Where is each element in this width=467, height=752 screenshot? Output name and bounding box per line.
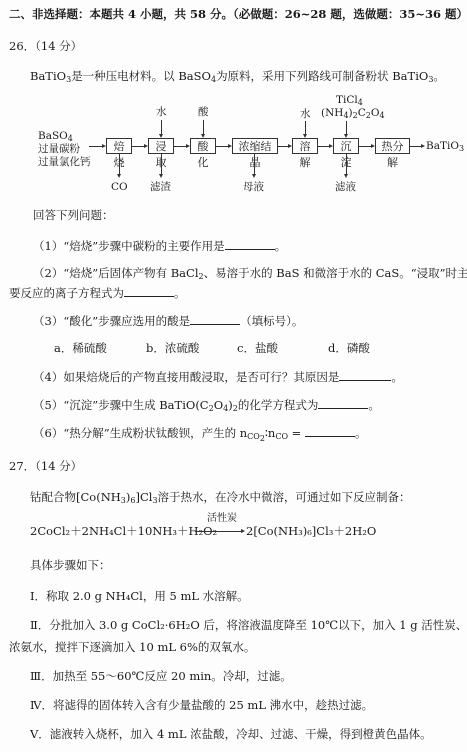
option-c[interactable]: c．盐酸: [237, 341, 278, 355]
answer-blank-4[interactable]: [339, 369, 391, 381]
step-leach: 浸取: [148, 138, 174, 154]
output-co: CO: [111, 181, 128, 193]
q26-sub5: （5）“沉淀”步骤中生成 BaTiO(C2O4)2的化学方程式为。: [33, 397, 380, 412]
q26-sub4: （4）如果焙烧后的产物直接用酸浸取，是否可行？其原因是。: [33, 369, 403, 384]
equation-lhs: 2CoCl₂＋2NH₄Cl＋10NH₃＋H₂O₂: [30, 524, 217, 538]
answer-blank-6[interactable]: [305, 425, 355, 437]
catalyst-label: 活性炭: [207, 513, 237, 525]
step-2-line2: 浓氨水，搅拌下逐滴加入 10 mL 6%的双氧水。: [9, 640, 255, 654]
q26-sub2-line1: （2）“焙烧”后固体产物有 BaCl2、易溶于水的 BaS 和微溶于水的 CaS…: [33, 266, 467, 280]
step-2-line1: Ⅱ．分批加入 3.0 g CoCl₂·6H₂O 后，将溶液温度降至 10℃以下，…: [30, 618, 467, 632]
output-mother-liquor: 母液: [243, 181, 264, 193]
section-header: 二、非选择题：本题共 4 小题，共 58 分。（必做题：26~28 题，选做题：…: [9, 7, 467, 21]
product-batio3: BaTiO3: [426, 140, 464, 152]
q26-sub1: （1）“焙烧”步骤中碳粉的主要作用是。: [33, 238, 286, 253]
input-water-dissolve: 水: [300, 108, 311, 120]
q27-number: 27．（14 分）: [9, 459, 82, 473]
input-baso4: BaSO4: [38, 130, 73, 142]
step-5: Ⅴ．滤液转入烧杯，加入 4 mL 浓盐酸，冷却、过滤、干燥，得到橙黄色晶体。: [30, 727, 432, 741]
q26-sub3: （3）“酸化”步骤应选用的酸是（填标号）。: [33, 313, 303, 328]
answer-blank-3[interactable]: [190, 313, 240, 325]
step-roast: 焙烧: [106, 138, 132, 154]
input-acid: 酸: [198, 106, 209, 118]
q26-sub6: （6）“热分解”生成粉状钛酸钡，产生的 nCO2∶nCO = 。: [33, 425, 366, 440]
answer-blank-5[interactable]: [318, 397, 368, 409]
option-a[interactable]: a．稀硫酸: [54, 341, 107, 355]
input-ticl4: TiCl4: [336, 94, 363, 106]
q26-number: 26．（14 分）: [9, 39, 82, 53]
equation-rhs: 2[Co(NH₃)₆]Cl₃＋2H₂O: [246, 524, 376, 538]
input-carbon: 过量碳粉: [38, 143, 80, 155]
output-residue: 滤渣: [150, 181, 171, 193]
step-4: Ⅳ．将滤得的固体转入含有少量盐酸的 25 mL 沸水中，趁热过滤。: [30, 698, 373, 712]
step-crystallize: 浓缩结晶: [232, 138, 278, 154]
q27-intro: 钴配合物[Co(NH3)6]Cl3溶于热水，在冷水中微溶，可通过如下反应制备：: [30, 490, 411, 504]
input-water-leach: 水: [156, 106, 167, 118]
step-acidify: 酸化: [190, 138, 216, 154]
q26-intro: BaTiO3是一种压电材料。以 BaSO4为原料，采用下列路线可制备粉状 BaT…: [30, 69, 445, 83]
output-filtrate: 滤液: [335, 181, 356, 193]
input-ammonium-oxalate: (NH4)2C2O4: [321, 107, 385, 119]
option-d[interactable]: d．磷酸: [328, 341, 370, 355]
answer-blank-1[interactable]: [225, 238, 275, 250]
q26-prompt: 回答下列问题：: [33, 208, 114, 222]
option-b[interactable]: b．浓硫酸: [146, 341, 199, 355]
q26-sub2-line2: 要反应的离子方程式为。: [9, 285, 186, 300]
step-precipitate: 沉淀: [333, 138, 359, 154]
answer-blank-2[interactable]: [124, 285, 174, 297]
step-1: Ⅰ．称取 2.0 g NH₄Cl，用 5 mL 水溶解。: [30, 589, 249, 603]
step-thermal-decomp: 热分解: [375, 138, 410, 154]
input-cacl2: 过量氯化钙: [38, 156, 91, 168]
steps-title: 具体步骤如下：: [30, 558, 111, 572]
step-dissolve: 溶解: [292, 138, 318, 154]
step-3: Ⅲ．加热至 55～60℃反应 20 min。冷却，过滤。: [30, 669, 292, 683]
